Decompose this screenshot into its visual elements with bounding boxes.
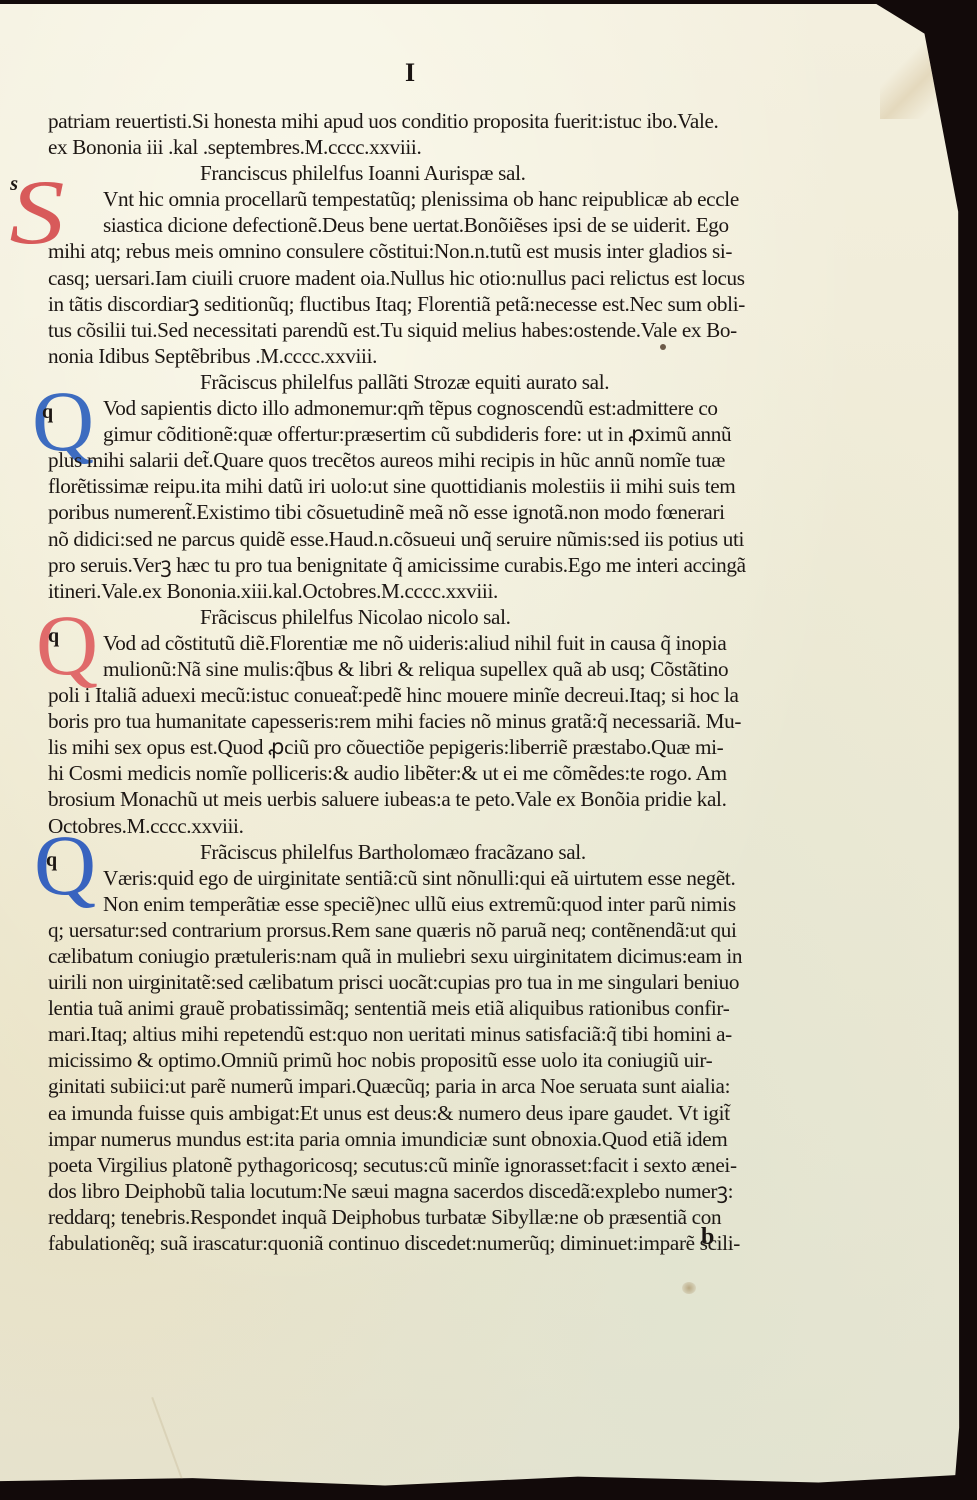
folio-mark: I [405, 58, 415, 88]
guide-letter: s [10, 174, 18, 194]
text-line: poli i Italiã aduexi mecũ:istuc conueat̃… [48, 682, 760, 708]
text-line: boris pro tua humanitate capesseris:rem … [48, 708, 760, 734]
text-line: reddarq; tenebris.Respondet inquã Deipho… [48, 1204, 760, 1230]
text-line: in tãtis discordiarꝫ seditionũq; fluctib… [48, 291, 760, 317]
text-line: ginitati subiici:ut parẽ numerũ impari.Q… [48, 1073, 760, 1099]
text-line: nõ didici:sed ne parcus quidẽ esse.Haud.… [48, 526, 760, 552]
text-line: q; uersatur:sed contrarium prorsus.Rem s… [48, 917, 760, 943]
text-line: micissimo & optimo.Omniũ primũ hoc nobis… [48, 1047, 760, 1073]
text-line: Vnt hic omnia procellarũ tempestatũq; pl… [48, 186, 760, 212]
text-line: fabulationẽq; suã irascatur:quoniã conti… [48, 1230, 760, 1256]
text-line: lentia tuã animi grauẽ probatissimãq; se… [48, 995, 760, 1021]
letter-heading: Franciscus philelfus Ioanni Aurispæ sal. [48, 160, 760, 186]
text-block: patriam reuertisti.Si honesta mihi apud … [48, 108, 760, 1256]
text-line: plus mihi salarii det̃.Quare quos trecẽt… [48, 447, 760, 473]
paper-crease [151, 1397, 191, 1500]
text-line: Væris:quid ego de uirginitate sentiã:cũ … [48, 865, 760, 891]
text-line: Octobres.M.cccc.xxviii. [48, 813, 760, 839]
text-line: Vod sapientis dicto illo admonemur:qm̃ t… [48, 395, 760, 421]
paper-stain [682, 1282, 696, 1294]
text-line: nonia Idibus Septẽbribus .M.cccc.xxviii. [48, 343, 760, 369]
text-line: poeta Virgilius platonẽ pythagoricosq; s… [48, 1152, 760, 1178]
text-line: cælibatum coniugio prætuleris:nam quã in… [48, 943, 760, 969]
letter-heading: Frãciscus philelfus Nicolao nicolo sal. [48, 604, 760, 630]
text-line: ea imunda fuisse quis ambigat:Et unus es… [48, 1100, 760, 1126]
text-line: mihi atq; rebus meis omnino consulere cõ… [48, 238, 760, 264]
text-line: ex Bononia iii .kal .septembres.M.cccc.x… [48, 134, 760, 160]
page-corner-fold [880, 9, 960, 119]
text-line: gimur cõditionẽ:quæ offertur:præsertim c… [48, 421, 760, 447]
signature-mark: b [701, 1224, 714, 1251]
text-line: lis mihi sex opus est.Quod ꝓciũ pro cõue… [48, 734, 760, 760]
text-line: siastica dicione defectionẽ.Deus bene ue… [48, 212, 760, 238]
letter-heading: Frãciscus philelfus pallãti Strozæ equit… [48, 369, 760, 395]
text-line: Vod ad cõstitutũ diẽ.Florentiæ me nõ uid… [48, 630, 760, 656]
text-line: poribus numerent̃.Existimo tibi cõsuetud… [48, 499, 760, 525]
text-line: casq; uersari.Iam ciuili cruore madent o… [48, 265, 760, 291]
text-line: hi Cosmi medicis nomĩe polliceris:& audi… [48, 760, 760, 786]
text-line: mulionũ:Nã sine mulis:q̃bus & libri & re… [48, 656, 760, 682]
text-line: pro seruis.Verꝫ hæc tu pro tua benignita… [48, 552, 760, 578]
letter-heading: Frãciscus philelfus Bartholomæo fracãzan… [48, 839, 760, 865]
text-line: impar numerus mundus est:ita paria omnia… [48, 1126, 760, 1152]
text-line: itineri.Vale.ex Bononia.xiii.kal.Octobre… [48, 578, 760, 604]
manuscript-page: I S s Q q Q q Q q patriam reuertisti.Si … [0, 4, 963, 1487]
text-line: brosium Monachũ ut meis uerbis saluere i… [48, 786, 760, 812]
text-line: uirili non uirginitatẽ:sed cælibatum pri… [48, 969, 760, 995]
text-line: Non enim temperãtiæ esse speciẽ)nec ullũ… [48, 891, 760, 917]
text-line: patriam reuertisti.Si honesta mihi apud … [48, 108, 760, 134]
text-line: tus cõsilii tui.Sed necessitati parendũ … [48, 317, 760, 343]
text-line: mari.Itaq; altius mihi repetendũ est:quo… [48, 1021, 760, 1047]
text-line: dos libro Deiphobũ talia locutum:Ne sæui… [48, 1178, 760, 1204]
text-line: florẽtissimæ reipu.ita mihi datũ iri uol… [48, 473, 760, 499]
